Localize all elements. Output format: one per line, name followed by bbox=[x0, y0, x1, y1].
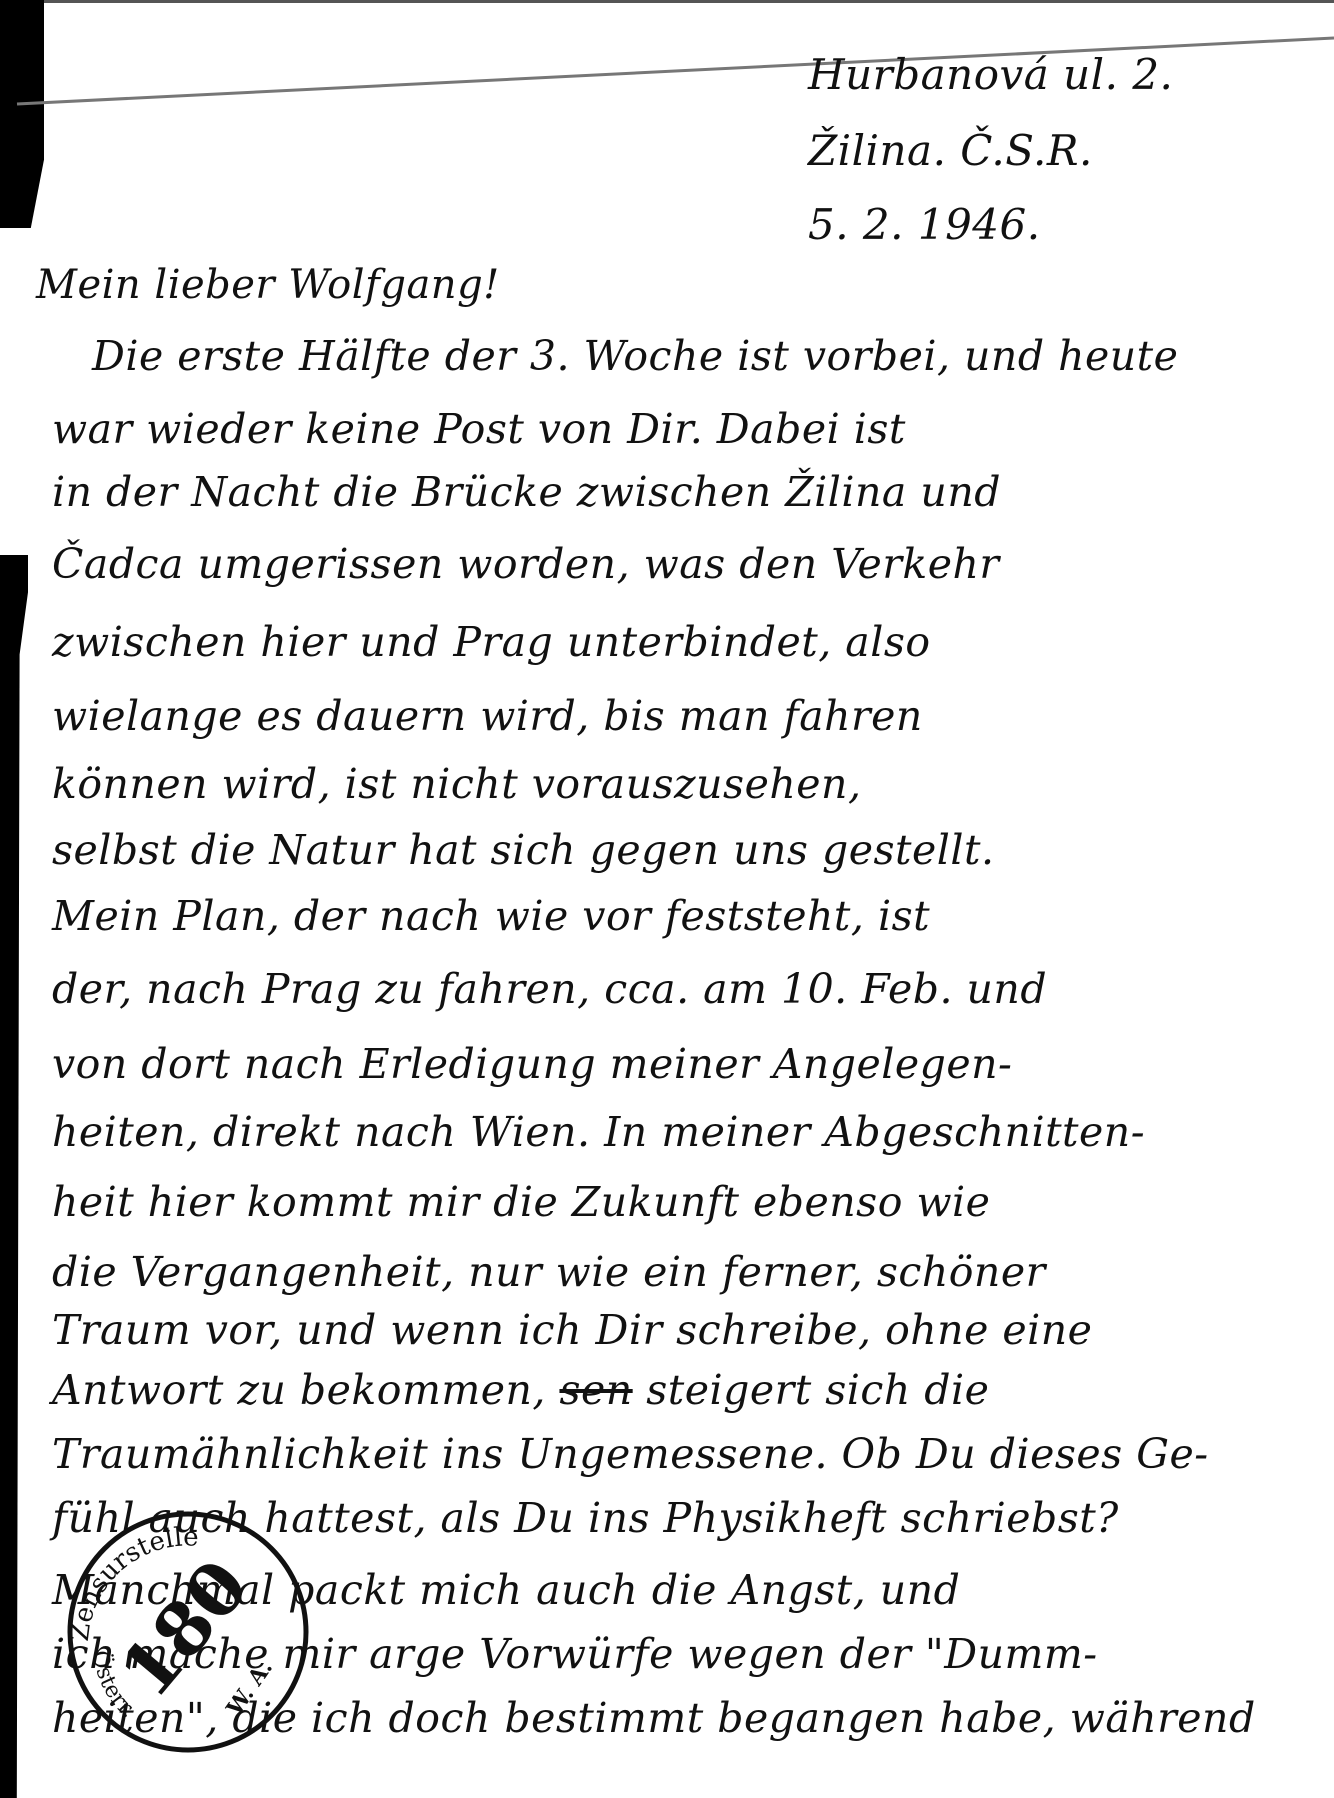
body-line: heiten, direkt nach Wien. In meiner Abge… bbox=[52, 1108, 1145, 1156]
body-line: Čadca umgerissen worden, was den Verkehr bbox=[52, 540, 1000, 588]
scan-edge-shadow-bottom bbox=[0, 555, 28, 1798]
body-line: zwischen hier und Prag unterbindet, also bbox=[52, 618, 931, 666]
body-line: von dort nach Erledigung meiner Angelege… bbox=[52, 1040, 1012, 1088]
body-line: Traumähnlichkeit ins Ungemessene. Ob Du … bbox=[52, 1430, 1209, 1478]
body-line: in der Nacht die Brücke zwischen Žilina … bbox=[52, 468, 1001, 516]
body-line: war wieder keine Post von Dir. Dabei ist bbox=[52, 405, 906, 453]
body-line: Mein Plan, der nach wie vor feststeht, i… bbox=[52, 892, 930, 940]
body-line: heiten", die ich doch bestimmt begangen … bbox=[52, 1694, 1256, 1742]
letter-page: Hurbanová ul. 2. Žilina. Č.S.R. 5. 2. 19… bbox=[0, 0, 1334, 1798]
scan-top-border bbox=[0, 0, 1334, 3]
body-line: Die erste Hälfte der 3. Woche ist vorbei… bbox=[92, 332, 1178, 380]
body-line: Antwort zu bekommen, sen steigert sich d… bbox=[52, 1366, 989, 1414]
body-line: können wird, ist nicht vorauszusehen, bbox=[52, 760, 861, 808]
scan-edge-shadow-top bbox=[0, 0, 44, 228]
body-line: selbst die Natur hat sich gegen uns gest… bbox=[52, 826, 994, 874]
salutation: Mein lieber Wolfgang! bbox=[36, 262, 500, 308]
body-line: wielange es dauern wird, bis man fahren bbox=[52, 692, 923, 740]
letter-date: 5. 2. 1946. bbox=[808, 200, 1041, 249]
body-line: Manchmal packt mich auch die Angst, und bbox=[52, 1566, 960, 1614]
body-line: Traum vor, und wenn ich Dir schreibe, oh… bbox=[52, 1306, 1092, 1354]
struck-word: sen bbox=[559, 1366, 632, 1414]
body-line: die Vergangenheit, nur wie ein ferner, s… bbox=[52, 1248, 1046, 1296]
body-line: der, nach Prag zu fahren, cca. am 10. Fe… bbox=[52, 965, 1047, 1013]
body-line: heit hier kommt mir die Zukunft ebenso w… bbox=[52, 1178, 990, 1226]
address-city: Žilina. Č.S.R. bbox=[808, 126, 1093, 175]
body-line: ich mache mir arge Vorwürfe wegen der "D… bbox=[52, 1630, 1098, 1678]
address-street: Hurbanová ul. 2. bbox=[808, 50, 1173, 99]
body-text: steigert sich die bbox=[633, 1366, 990, 1414]
body-line: fühl auch hattest, als Du ins Physikheft… bbox=[52, 1494, 1119, 1542]
body-text: Antwort zu bekommen, bbox=[52, 1366, 559, 1414]
